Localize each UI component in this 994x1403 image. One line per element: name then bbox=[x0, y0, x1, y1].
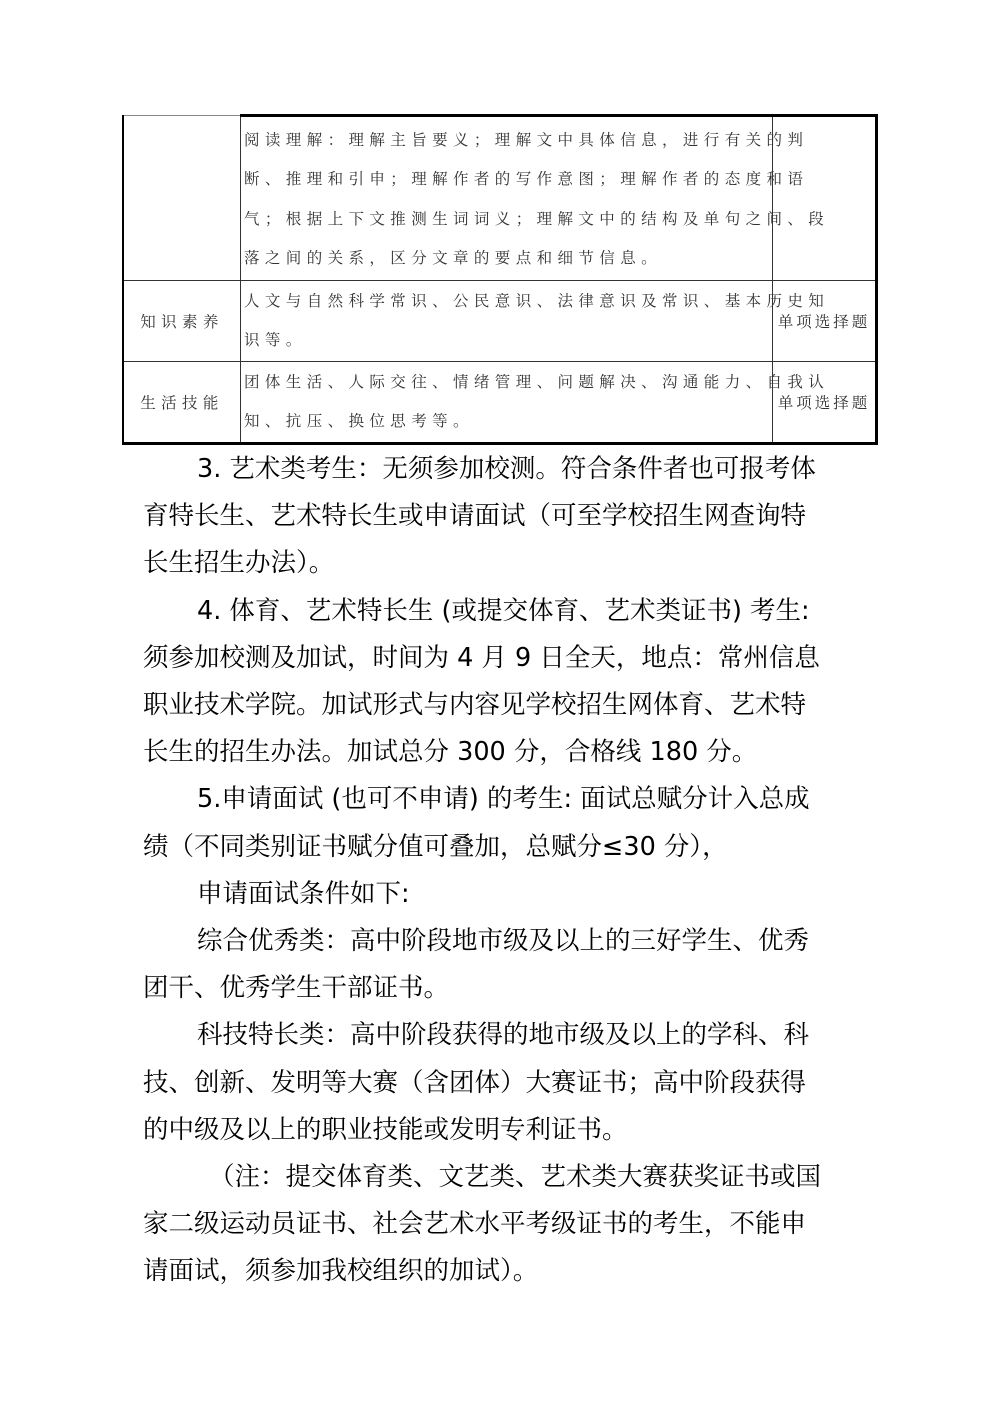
paragraph-item-5: 5.申请面试 (也可不申请) 的考生: 面试总赋分计入总成 绩（不同类别证书赋分… bbox=[143, 776, 855, 870]
text-line: 家二级运动员证书、社会艺术水平考级证书的考生，不能申 bbox=[143, 1201, 855, 1248]
text-line: 的中级及以上的职业技能或发明专利证书。 bbox=[143, 1107, 855, 1154]
text-line: 长生的招生办法。加试总分 300 分，合格线 180 分。 bbox=[143, 729, 855, 776]
text-line: 3. 艺术类考生：无须参加校测。符合条件者也可报考体 bbox=[143, 446, 855, 493]
content-line: 识等。 bbox=[244, 321, 772, 361]
category-cell: 知识素养 bbox=[123, 281, 241, 362]
content-line: 气；根据上下文推测生词词义；理解文中的结构及单句之间、段 bbox=[244, 200, 772, 240]
content-cell: 团体生活、人际交往、情绪管理、问题解决、沟通能力、自我认 知、抗压、换位思考等。 bbox=[241, 362, 773, 444]
table-row: 知识素养 人文与自然科学常识、公民意识、法律意识及常识、基本历史知 识等。 单项… bbox=[123, 281, 877, 362]
text-line: 科技特长类：高中阶段获得的地市级及以上的学科、科 bbox=[143, 1012, 855, 1059]
content-line: 阅读理解：理解主旨要义；理解文中具体信息，进行有关的判 bbox=[244, 121, 772, 161]
text-line: 5.申请面试 (也可不申请) 的考生: 面试总赋分计入总成 bbox=[143, 776, 855, 823]
paragraph-item-4: 4. 体育、艺术特长生 (或提交体育、艺术类证书) 考生: 须参加校测及加试，时… bbox=[143, 588, 855, 777]
content-line: 人文与自然科学常识、公民意识、法律意识及常识、基本历史知 bbox=[244, 282, 772, 322]
text-line: 请面试，须参加我校组织的加试）。 bbox=[143, 1248, 855, 1295]
paragraph-item-3: 3. 艺术类考生：无须参加校测。符合条件者也可报考体 育特长生、艺术特长生或申请… bbox=[143, 446, 855, 588]
body-text: 3. 艺术类考生：无须参加校测。符合条件者也可报考体 育特长生、艺术特长生或申请… bbox=[143, 446, 855, 1296]
text-line: 长生招生办法）。 bbox=[143, 540, 855, 587]
paragraph-tech-specialty: 科技特长类：高中阶段获得的地市级及以上的学科、科 技、创新、发明等大赛（含团体）… bbox=[143, 1012, 855, 1154]
text-line: 4. 体育、艺术特长生 (或提交体育、艺术类证书) 考生: bbox=[143, 588, 855, 635]
content-cell: 阅读理解：理解主旨要义；理解文中具体信息，进行有关的判 断、推理和引申；理解作者… bbox=[241, 116, 773, 281]
text-line: 团干、优秀学生干部证书。 bbox=[143, 965, 855, 1012]
text-line: 育特长生、艺术特长生或申请面试（可至学校招生网查询特 bbox=[143, 493, 855, 540]
category-cell: 生活技能 bbox=[123, 362, 241, 444]
text-line: 申请面试条件如下: bbox=[143, 871, 855, 918]
exam-content-table: 阅读理解：理解主旨要义；理解文中具体信息，进行有关的判 断、推理和引申；理解作者… bbox=[122, 114, 878, 445]
content-line: 团体生活、人际交往、情绪管理、问题解决、沟通能力、自我认 bbox=[244, 363, 772, 403]
text-line: 职业技术学院。加试形式与内容见学校招生网体育、艺术特 bbox=[143, 682, 855, 729]
text-line: 绩（不同类别证书赋分值可叠加，总赋分≤30 分）， bbox=[143, 824, 855, 871]
content-cell: 人文与自然科学常识、公民意识、法律意识及常识、基本历史知 识等。 bbox=[241, 281, 773, 362]
content-line: 断、推理和引申；理解作者的写作意图；理解作者的态度和语 bbox=[244, 160, 772, 200]
table-row: 阅读理解：理解主旨要义；理解文中具体信息，进行有关的判 断、推理和引申；理解作者… bbox=[123, 116, 877, 281]
document-page: 阅读理解：理解主旨要义；理解文中具体信息，进行有关的判 断、推理和引申；理解作者… bbox=[0, 0, 994, 1403]
category-cell bbox=[123, 116, 241, 281]
paragraph-comprehensive-excellence: 综合优秀类：高中阶段地市级及以上的三好学生、优秀 团干、优秀学生干部证书。 bbox=[143, 918, 855, 1012]
content-line: 落之间的关系，区分文章的要点和细节信息。 bbox=[244, 239, 772, 279]
text-line: 综合优秀类：高中阶段地市级及以上的三好学生、优秀 bbox=[143, 918, 855, 965]
content-line: 知、抗压、换位思考等。 bbox=[244, 402, 772, 442]
table-row: 生活技能 团体生活、人际交往、情绪管理、问题解决、沟通能力、自我认 知、抗压、换… bbox=[123, 362, 877, 444]
text-line: 技、创新、发明等大赛（含团体）大赛证书；高中阶段获得 bbox=[143, 1060, 855, 1107]
text-line: 须参加校测及加试，时间为 4 月 9 日全天，地点：常州信息 bbox=[143, 635, 855, 682]
text-line: （注：提交体育类、文艺类、艺术类大赛获奖证书或国 bbox=[143, 1154, 855, 1201]
paragraph-interview-conditions: 申请面试条件如下: bbox=[143, 871, 855, 918]
paragraph-note: （注：提交体育类、文艺类、艺术类大赛获奖证书或国 家二级运动员证书、社会艺术水平… bbox=[143, 1154, 855, 1296]
